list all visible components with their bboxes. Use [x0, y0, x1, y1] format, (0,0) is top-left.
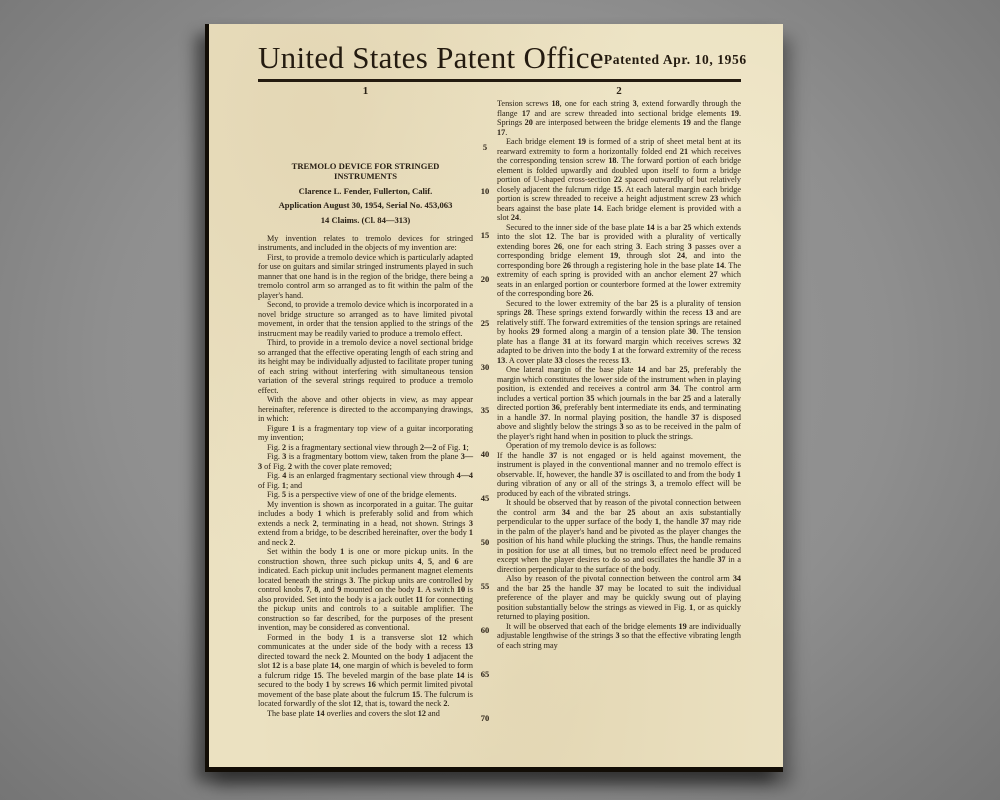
line-number: 10	[473, 186, 497, 196]
line-number: 50	[473, 537, 497, 547]
column-2-paragraphs: Tension screws 18, one for each string 3…	[497, 99, 741, 650]
column-2: Tension screws 18, one for each string 3…	[497, 99, 741, 718]
patent-paragraph: With the above and other objects in view…	[258, 395, 473, 424]
patent-paragraph: If the handle 37 is not engaged or is he…	[497, 451, 741, 499]
claims-line: 14 Claims. (Cl. 84—313)	[258, 215, 473, 225]
line-number: 60	[473, 625, 497, 635]
patented-date: Patented Apr. 10, 1956	[604, 52, 747, 68]
line-number: 30	[473, 362, 497, 372]
line-number: 20	[473, 274, 497, 284]
column-1-number: 1	[258, 85, 473, 97]
patent-paragraph: Second, to provide a tremolo device whic…	[258, 300, 473, 338]
patent-title-line1: TREMOLO DEVICE FOR STRINGED	[292, 161, 440, 171]
line-number: 5	[473, 142, 497, 152]
patent-paragraph: Operation of my tremolo device is as fol…	[497, 441, 741, 451]
patent-paragraph: My invention relates to tremolo devices …	[258, 234, 473, 253]
patent-paragraph: My invention is shown as incorporated in…	[258, 500, 473, 548]
column-1-paragraphs: My invention relates to tremolo devices …	[258, 234, 473, 719]
line-number: 40	[473, 449, 497, 459]
column-number-gap	[473, 85, 497, 97]
application-line: Application August 30, 1954, Serial No. …	[258, 200, 473, 210]
patent-paragraph: It should be observed that by reason of …	[497, 498, 741, 574]
patent-paragraph: Figure 1 is a fragmentary top view of a …	[258, 424, 473, 443]
patent-page: United States Patent Office Patented Apr…	[205, 24, 783, 772]
patent-paragraph: One lateral margin of the base plate 14 …	[497, 365, 741, 441]
masthead: United States Patent Office Patented Apr…	[258, 40, 741, 76]
patent-paragraph: Tension screws 18, one for each string 3…	[497, 99, 741, 137]
column-1: TREMOLO DEVICE FOR STRINGED INSTRUMENTS …	[258, 99, 473, 718]
patent-paragraph: Each bridge element 19 is formed of a st…	[497, 137, 741, 223]
patent-paragraph: Third, to provide in a tremolo device a …	[258, 338, 473, 395]
patent-paragraph: Set within the body 1 is one or more pic…	[258, 547, 473, 633]
two-column-body: TREMOLO DEVICE FOR STRINGED INSTRUMENTS …	[258, 99, 741, 718]
column-number-row: 1 2	[258, 85, 741, 97]
patent-paragraph: Fig. 4 is an enlarged fragmentary sectio…	[258, 471, 473, 490]
line-number: 65	[473, 669, 497, 679]
patent-paragraph: Formed in the body 1 is a transverse slo…	[258, 633, 473, 709]
patent-paragraph: Secured to the lower extremity of the ba…	[497, 299, 741, 366]
patent-paragraph: Fig. 2 is a fragmentary sectional view t…	[258, 443, 473, 453]
photo-background: United States Patent Office Patented Apr…	[0, 0, 1000, 800]
line-number: 15	[473, 230, 497, 240]
patent-title: TREMOLO DEVICE FOR STRINGED INSTRUMENTS	[258, 161, 473, 181]
line-number: 70	[473, 713, 497, 723]
patent-office-title: United States Patent Office	[258, 40, 604, 76]
line-number: 25	[473, 318, 497, 328]
masthead-rule	[258, 79, 741, 82]
patent-paragraph: Also by reason of the pivotal connection…	[497, 574, 741, 622]
line-number: 45	[473, 493, 497, 503]
patent-page-content: United States Patent Office Patented Apr…	[209, 24, 783, 718]
inventor-line: Clarence L. Fender, Fullerton, Calif.	[258, 186, 473, 196]
line-number: 35	[473, 405, 497, 415]
patent-paragraph: Fig. 3 is a fragmentary bottom view, tak…	[258, 452, 473, 471]
line-number: 55	[473, 581, 497, 591]
patent-paragraph: Secured to the inner side of the base pl…	[497, 223, 741, 299]
patent-paragraph: The base plate 14 overlies and covers th…	[258, 709, 473, 719]
line-number-gutter: 5 10 15 20 25 30 35 40	[473, 99, 497, 718]
patent-paragraph: It will be observed that each of the bri…	[497, 622, 741, 651]
patent-title-block: TREMOLO DEVICE FOR STRINGED INSTRUMENTS …	[258, 161, 473, 225]
patent-paragraph: First, to provide a tremolo device which…	[258, 253, 473, 301]
column-2-number: 2	[497, 85, 741, 97]
patent-paragraph: Fig. 5 is a perspective view of one of t…	[258, 490, 473, 500]
patent-title-line2: INSTRUMENTS	[334, 171, 397, 181]
